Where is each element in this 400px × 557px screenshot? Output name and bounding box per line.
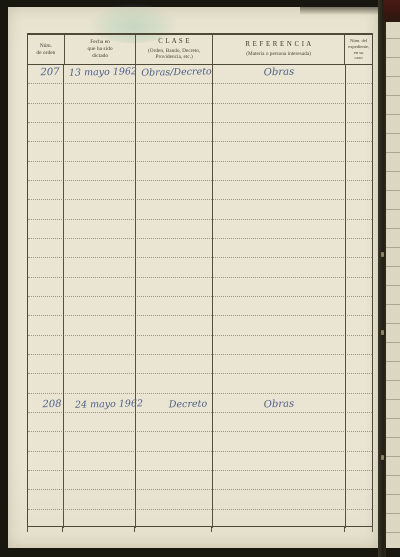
ledger-grid-row <box>28 374 372 393</box>
registry-table: Núm. de orden Fecha en que ha sido dicta… <box>27 33 373 527</box>
ledger-grid-row <box>28 239 372 258</box>
ledger-grid-row <box>28 278 372 297</box>
page-top-shadow <box>300 7 378 15</box>
column-header-num-expediente: Núm. del expediente, en su caso <box>344 35 372 64</box>
binding-stitch <box>381 330 384 335</box>
binding-corner <box>384 0 400 22</box>
binding-gutter <box>378 0 386 557</box>
ledger-grid-row <box>28 510 372 528</box>
column-header-label: Núm. del expediente, en su caso <box>348 38 369 62</box>
entry-fecha: 13 mayo 1962 <box>68 66 138 78</box>
table-header-row: Núm. de orden Fecha en que ha sido dicta… <box>28 35 372 65</box>
scanned-ledger-scan: Núm. de orden Fecha en que ha sido dicta… <box>0 0 400 557</box>
entry-referencia: Obras <box>240 398 318 411</box>
ledger-grid-row <box>28 181 372 200</box>
table-edge-tick <box>372 526 373 532</box>
column-header-clase: C L A S E (Orden, Bando, Decreto, Provid… <box>135 35 212 64</box>
table-edge-tick <box>27 526 28 532</box>
table-edge-tick <box>62 526 63 532</box>
ledger-grid-row <box>28 162 372 181</box>
entry-referencia: Obras <box>240 66 318 79</box>
ledger-entry-208: 208 24 mayo 1962 Decreto Obras <box>28 399 372 415</box>
column-header-subtitle: (Materia o persona interesada) <box>246 51 311 58</box>
ledger-grid-row <box>28 432 372 451</box>
column-header-num-orden: Núm. de orden <box>28 35 64 64</box>
ledger-grid-row <box>28 336 372 355</box>
ledger-grid-row <box>28 258 372 277</box>
column-header-referencia: R E F E R E N C I A (Materia o persona i… <box>212 35 344 64</box>
entry-fecha: 24 mayo 1962 <box>64 398 154 411</box>
ledger-grid-row <box>28 413 372 432</box>
ledger-grid-row <box>28 316 372 335</box>
column-header-label: Núm. de orden <box>36 43 55 57</box>
ledger-grid-row <box>28 142 372 161</box>
entry-num-orden: 208 <box>38 399 66 411</box>
ledger-grid-row <box>28 297 372 316</box>
table-edge-tick <box>211 526 212 532</box>
table-edge-tick <box>344 526 345 532</box>
ledger-grid-row <box>28 84 372 103</box>
ledger-grid-row <box>28 104 372 123</box>
column-header-title: R E F E R E N C I A <box>245 41 311 49</box>
column-header-fecha: Fecha en que ha sido dictado <box>64 35 136 64</box>
binding-stitch <box>381 252 384 257</box>
table-body: 207 13 mayo 1962 Obras/Decreto Obras 208… <box>28 65 372 528</box>
next-page-edge <box>386 20 400 548</box>
column-divider <box>135 65 136 528</box>
entry-clase: Decreto <box>158 398 218 410</box>
binding-stitch <box>381 455 384 460</box>
entry-num-orden: 207 <box>36 67 64 79</box>
column-divider <box>345 65 346 528</box>
entry-clase: Obras/Decreto <box>140 66 213 79</box>
ledger-grid-row <box>28 471 372 490</box>
ledger-grid-row <box>28 200 372 219</box>
ledger-grid-row <box>28 452 372 471</box>
ledger-page: Núm. de orden Fecha en que ha sido dicta… <box>8 7 378 548</box>
grid-rows <box>28 65 372 528</box>
column-header-subtitle: (Orden, Bando, Decreto, Providencia, etc… <box>148 48 200 61</box>
table-edge-tick <box>134 526 135 532</box>
ledger-entry-207: 207 13 mayo 1962 Obras/Decreto Obras <box>28 67 372 83</box>
ledger-grid-row <box>28 490 372 509</box>
ledger-grid-row <box>28 123 372 142</box>
ledger-grid-row <box>28 220 372 239</box>
column-divider <box>212 65 213 528</box>
column-header-title: C L A S E <box>158 38 190 46</box>
column-divider <box>63 65 64 528</box>
ledger-grid-row <box>28 355 372 374</box>
column-header-label: Fecha en que ha sido dictado <box>88 39 113 60</box>
